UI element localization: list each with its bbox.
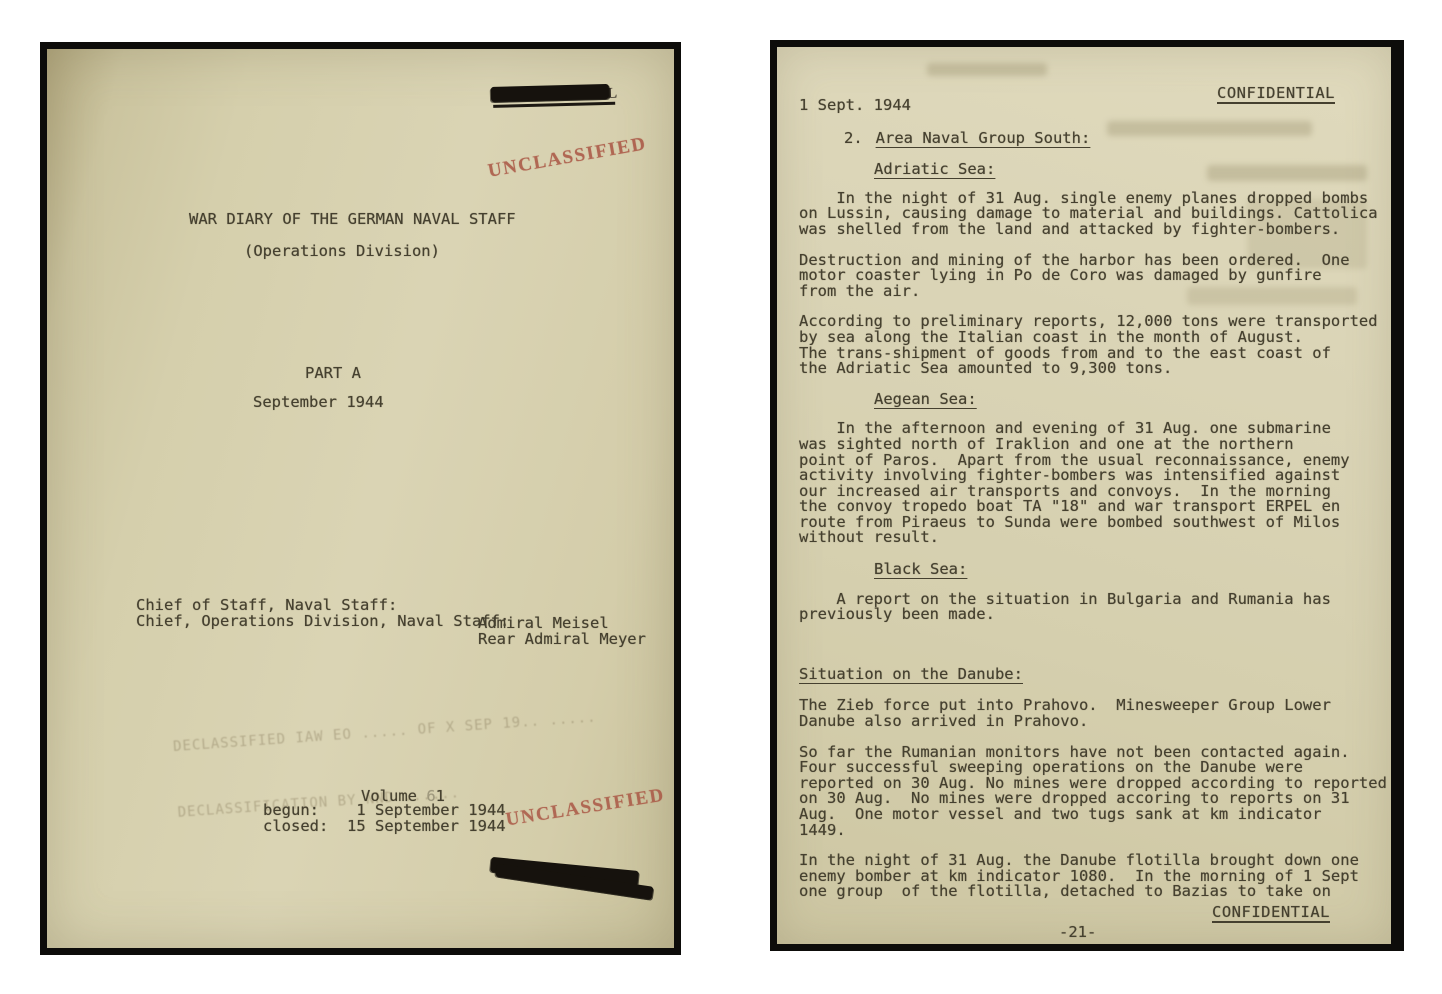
official-name: Rear Admiral Meyer: [478, 630, 646, 648]
section-heading: Aegean Sea:: [799, 392, 1387, 408]
page-number: -21-: [1059, 923, 1096, 941]
declassification-stamp-line: DECLASSIFIED IAW EO ..... OF X SEP 19.. …: [172, 708, 573, 758]
text-line: Aug. One motor vessel and two tugs sank …: [799, 807, 1387, 823]
struck-confidential-stamp-bottom: CONFIDENTIAL: [489, 856, 641, 897]
paragraph: A report on the situation in Bulgaria an…: [799, 592, 1387, 623]
paragraph: So far the Rumanian monitors have not be…: [799, 745, 1387, 839]
text-line: from the air.: [799, 284, 1387, 300]
section-heading: 2.Area Naval Group South:: [799, 131, 1387, 147]
paragraph: In the night of 31 Aug. single enemy pla…: [799, 191, 1387, 238]
cover-page: CONFIDENTIAL UNCLASSIFIED WAR DIARY OF T…: [40, 42, 681, 955]
classification-footer: CONFIDENTIAL: [1212, 903, 1330, 921]
section-number: 2.: [844, 129, 863, 147]
begun-line: begun: 1 September 1944: [263, 802, 506, 818]
section-heading: Situation on the Danube:: [799, 667, 1387, 683]
paragraph: In the night of 31 Aug. the Danube floti…: [799, 853, 1387, 900]
section-heading-text: Situation on the Danube:: [799, 665, 1023, 683]
month-label: September 1944: [253, 394, 384, 410]
paragraph: Destruction and mining of the harbor has…: [799, 253, 1387, 300]
document-subtitle: (Operations Division): [244, 243, 440, 259]
closed-line: closed: 15 September 1944: [263, 818, 506, 834]
diary-page: CONFIDENTIAL 1 Sept. 19442.Area Naval Gr…: [770, 40, 1404, 951]
text-line: 1449.: [799, 823, 1387, 839]
unclassified-stamp-top: UNCLASSIFIED: [486, 133, 648, 183]
page-body: 1 Sept. 19442.Area Naval Group South:Adr…: [799, 98, 1387, 900]
paragraph: 1 Sept. 1944: [799, 98, 1387, 114]
section-heading: Black Sea:: [799, 562, 1387, 578]
text-line: Danube also arrived in Prahovo.: [799, 714, 1387, 730]
paragraph: The Zieb force put into Prahovo. Mineswe…: [799, 698, 1387, 729]
section-heading-text: Area Naval Group South:: [876, 129, 1091, 147]
document-title: WAR DIARY OF THE GERMAN NAVAL STAFF: [189, 211, 516, 227]
text-line: without result.: [799, 530, 1387, 546]
section-heading-text: Black Sea:: [874, 560, 967, 578]
text-line: previously been made.: [799, 607, 1387, 623]
section-heading: Adriatic Sea:: [799, 162, 1387, 178]
text-line: 1 Sept. 1944: [799, 98, 1387, 114]
part-label: PART A: [305, 365, 361, 381]
redaction-bar: [491, 84, 609, 102]
text-line: the Adriatic Sea amounted to 9,300 tons.: [799, 361, 1387, 377]
text-line: one group of the flotilla, detached to B…: [799, 884, 1387, 900]
official-role: Chief, Operations Division, Naval Staff:: [136, 612, 509, 630]
paragraph: According to preliminary reports, 12,000…: [799, 314, 1387, 376]
bleed-through-mark: [927, 63, 1047, 76]
section-heading-text: Aegean Sea:: [874, 390, 977, 408]
struck-confidential-stamp-top: CONFIDENTIAL: [491, 83, 642, 111]
section-heading-text: Adriatic Sea:: [874, 160, 995, 178]
declassification-stamp: DECLASSIFIED IAW EO ..... OF X SEP 19.. …: [169, 664, 580, 867]
text-line: was shelled from the land and attacked b…: [799, 222, 1387, 238]
official-row: Chief, Operations Division, Naval Staff:…: [80, 594, 509, 666]
paragraph: In the afternoon and evening of 31 Aug. …: [799, 421, 1387, 546]
